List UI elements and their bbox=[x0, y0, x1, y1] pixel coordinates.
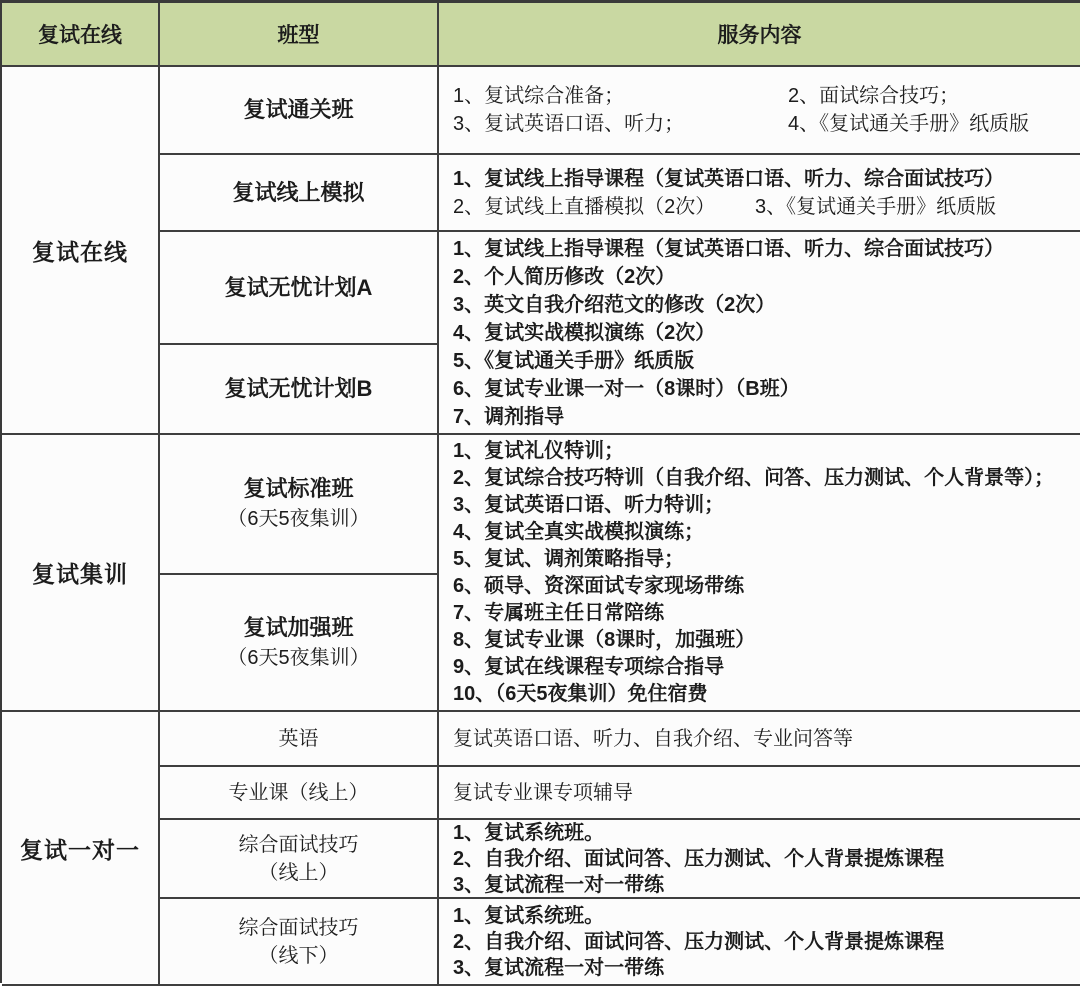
content-line: 1、复试礼仪特训； bbox=[453, 438, 624, 465]
content-line-segment: 3、复试英语口语、听力； bbox=[453, 110, 788, 138]
content-line: 3、复试流程一对一带练 bbox=[453, 872, 664, 898]
class-cell-zhuanyeke-online: 专业课（线上） bbox=[160, 767, 439, 820]
content-line: 5、《复试通关手册》纸质版 bbox=[453, 347, 694, 375]
header-cell-service-content: 服务内容 bbox=[439, 3, 1080, 67]
class-cell-wuyou-jihua-b: 复试无忧计划B bbox=[160, 345, 439, 435]
header-category-label: 复试在线 bbox=[38, 19, 122, 49]
class-cell-biaozhun-ban: 复试标准班 （6天5夜集训） bbox=[160, 435, 439, 575]
content-line-segment: 2、复试线上直播模拟（2次） bbox=[453, 193, 755, 221]
content-line: 6、复试专业课一对一（8课时）（B班） bbox=[453, 375, 800, 403]
class-cell-tongguan-ban: 复试通关班 bbox=[160, 67, 439, 155]
content-line-segment: 3、《复试通关手册》纸质版 bbox=[755, 196, 996, 218]
content-line: 复试英语口语、听力、自我介绍、专业问答等 bbox=[453, 725, 853, 753]
class-sub-label: （6天5夜集训） bbox=[227, 643, 369, 673]
content-line: 7、专属班主任日常陪练 bbox=[453, 600, 664, 627]
header-service-content-label: 服务内容 bbox=[718, 19, 802, 49]
content-line: 1、复试综合准备；2、面试综合技巧； bbox=[453, 82, 959, 110]
content-line: 3、复试英语口语、听力特训； bbox=[453, 492, 724, 519]
class-name-label: 复试加强班 bbox=[243, 613, 353, 643]
content-line: 7、调剂指导 bbox=[453, 403, 564, 431]
content-line: 2、复试线上直播模拟（2次）3、《复试通关手册》纸质版 bbox=[453, 193, 996, 221]
content-line: 2、自我介绍、面试问答、压力测试、个人背景提炼课程 bbox=[453, 846, 944, 872]
content-line-segment: 1、复试综合准备； bbox=[453, 82, 788, 110]
content-line: 1、复试线上指导课程（复试英语口语、听力、综合面试技巧） bbox=[453, 165, 1004, 193]
category-label: 复试集训 bbox=[32, 556, 128, 589]
header-cell-category: 复试在线 bbox=[2, 3, 160, 67]
content-line: 6、硕导、资深面试专家现场带练 bbox=[453, 573, 744, 600]
content-cell-mianshi-jiqiao-online: 1、复试系统班。2、自我介绍、面试问答、压力测试、个人背景提炼课程3、复试流程一… bbox=[439, 820, 1080, 899]
class-name-label: 复试无忧计划B bbox=[225, 374, 373, 404]
content-line: 2、复试综合技巧特训（自我介绍、问答、压力测试、个人背景等）； bbox=[453, 465, 1054, 492]
content-line: 2、自我介绍、面试问答、压力测试、个人背景提炼课程 bbox=[453, 929, 944, 955]
content-line: 复试专业课专项辅导 bbox=[453, 779, 633, 807]
class-name-label: 专业课（线上） bbox=[229, 779, 369, 807]
category-label: 复试在线 bbox=[32, 234, 128, 267]
content-cell-xianshang-moni: 1、复试线上指导课程（复试英语口语、听力、综合面试技巧）2、复试线上直播模拟（2… bbox=[439, 155, 1080, 232]
class-cell-mianshi-jiqiao-online: 综合面试技巧 （线上） bbox=[160, 820, 439, 899]
content-line: 4、复试全真实战模拟演练； bbox=[453, 519, 704, 546]
content-cell-yingyu: 复试英语口语、听力、自我介绍、专业问答等 bbox=[439, 712, 1080, 767]
category-label: 复试一对一 bbox=[20, 832, 140, 865]
class-cell-xianshang-moni: 复试线上模拟 bbox=[160, 155, 439, 232]
class-name-label: 复试无忧计划A bbox=[225, 273, 373, 303]
content-line: 2、个人简历修改（2次） bbox=[453, 263, 675, 291]
category-cell-fushi-jixun: 复试集训 bbox=[2, 435, 160, 712]
content-line-segment: 4、《复试通关手册》纸质版 bbox=[788, 113, 1029, 135]
class-cell-wuyou-jihua-a: 复试无忧计划A bbox=[160, 232, 439, 345]
content-line: 4、复试实战模拟演练（2次） bbox=[453, 319, 715, 347]
class-sub-label: （6天5夜集训） bbox=[227, 504, 369, 534]
course-table: 复试在线 班型 服务内容 复试在线 复试通关班 1、复试综合准备；2、面试综合技… bbox=[0, 0, 1080, 983]
content-line: 3、复试流程一对一带练 bbox=[453, 955, 664, 981]
class-sub-label: （线下） bbox=[259, 942, 339, 970]
content-line: 8、复试专业课（8课时，加强班） bbox=[453, 627, 755, 654]
content-cell-jixun: 1、复试礼仪特训；2、复试综合技巧特训（自我介绍、问答、压力测试、个人背景等）；… bbox=[439, 435, 1080, 712]
class-sub-label: （线上） bbox=[259, 859, 339, 887]
content-line: 1、复试系统班。 bbox=[453, 820, 604, 846]
class-cell-yingyu: 英语 bbox=[160, 712, 439, 767]
category-cell-fushi-yiduiyi: 复试一对一 bbox=[2, 712, 160, 986]
content-line-segment: 2、面试综合技巧； bbox=[788, 85, 959, 107]
content-line: 3、复试英语口语、听力；4、《复试通关手册》纸质版 bbox=[453, 110, 1029, 138]
class-name-label: 复试标准班 bbox=[243, 474, 353, 504]
class-cell-jiaqiang-ban: 复试加强班 （6天5夜集训） bbox=[160, 575, 439, 712]
class-name-label: 复试线上模拟 bbox=[232, 178, 364, 208]
content-line: 1、复试系统班。 bbox=[453, 903, 604, 929]
header-cell-class-type: 班型 bbox=[160, 3, 439, 67]
class-name-label: 英语 bbox=[279, 725, 319, 753]
content-line: 10、（6天5夜集训）免住宿费 bbox=[453, 681, 708, 708]
class-name-label: 复试通关班 bbox=[243, 95, 353, 125]
header-class-type-label: 班型 bbox=[278, 19, 320, 49]
content-cell-mianshi-jiqiao-offline: 1、复试系统班。2、自我介绍、面试问答、压力测试、个人背景提炼课程3、复试流程一… bbox=[439, 899, 1080, 986]
content-cell-tongguan-ban: 1、复试综合准备；2、面试综合技巧；3、复试英语口语、听力；4、《复试通关手册》… bbox=[439, 67, 1080, 155]
content-line: 1、复试线上指导课程（复试英语口语、听力、综合面试技巧） bbox=[453, 235, 1004, 263]
content-cell-wuyou-jihua: 1、复试线上指导课程（复试英语口语、听力、综合面试技巧）2、个人简历修改（2次）… bbox=[439, 232, 1080, 435]
content-line: 9、复试在线课程专项综合指导 bbox=[453, 654, 724, 681]
category-cell-fushi-zaixian: 复试在线 bbox=[2, 67, 160, 435]
content-cell-zhuanyeke-online: 复试专业课专项辅导 bbox=[439, 767, 1080, 820]
content-line: 3、英文自我介绍范文的修改（2次） bbox=[453, 291, 775, 319]
class-name-label: 综合面试技巧 bbox=[239, 914, 359, 942]
class-cell-mianshi-jiqiao-offline: 综合面试技巧 （线下） bbox=[160, 899, 439, 986]
content-line: 5、复试、调剂策略指导； bbox=[453, 546, 684, 573]
class-name-label: 综合面试技巧 bbox=[239, 831, 359, 859]
